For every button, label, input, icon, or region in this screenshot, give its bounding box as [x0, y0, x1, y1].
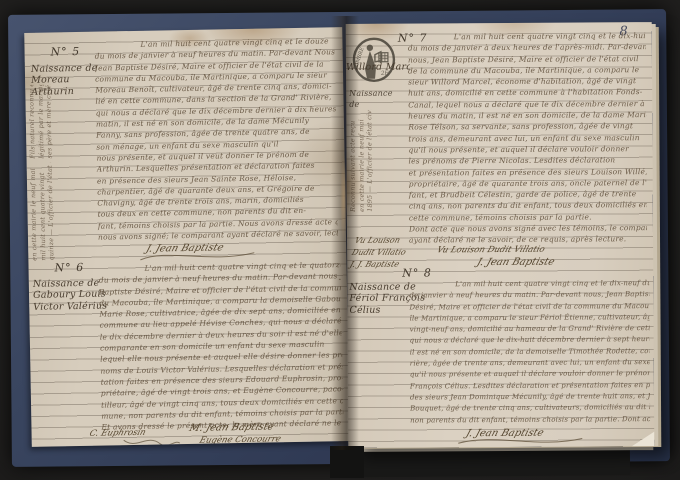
closing-signature-witnesses-entry7: Vu Louison Dudit Villatio — [435, 245, 546, 256]
register-photo: N° 5 Naissance deMoreauArthurin Fils nat… — [0, 0, 680, 480]
handwritten-line: 1895 — L'officier de l'état civil — [365, 110, 374, 212]
act-text-entry5: L'an mil huit cent quatre vingt cinq et … — [94, 35, 338, 243]
margin-signature-louison: Vu Louison — [354, 236, 402, 245]
shadow-under-right-page — [358, 445, 630, 477]
margin-note-entry5-b: en cette mairie le neuf maimil huit cent… — [29, 162, 91, 261]
handwritten-line: de janvier à neuf heures du matin. Par-d… — [409, 289, 649, 302]
margin-note-entry5-a: Fils naturel reconnu etlégitimé par le m… — [27, 84, 88, 159]
right-page: 8 TIMBRE 2F N° 7 Naissancede Willord Mar… — [346, 22, 655, 448]
signature-flourish — [456, 436, 586, 447]
handwritten-line: les prénoms de Pierre Nicolas. Lesdites … — [409, 154, 647, 167]
gutter-bottom-shadow — [330, 446, 364, 478]
handwritten-line: non parents du dit enfant, témoins chois… — [410, 414, 650, 427]
entry-number-8: N° 8 — [402, 266, 432, 279]
margin-signature-villatio: Dudit Villatio — [351, 248, 408, 257]
handwritten-line: du mois de janvier à deux heures de l'ap… — [408, 41, 646, 54]
signature-officer-entry6: M. Jean Baptiste — [188, 421, 275, 434]
handwritten-line: Bouquet, âgé de trente cinq ans, cultiva… — [410, 402, 650, 415]
left-page: N° 5 Naissance deMoreauArthurin Fils nat… — [24, 27, 350, 447]
entry-number-6: N° 6 — [54, 261, 84, 275]
act-text-entry8: L'an mil huit cent quatre vingt cinq et … — [409, 278, 650, 426]
handwritten-line: quinze — L'officier de l'état civil — [46, 162, 56, 260]
entry-number-5: N° 5 — [50, 45, 80, 59]
book-gutter — [331, 16, 359, 450]
handwritten-line: ses père et mère célébré — [44, 84, 54, 158]
page-corner-fold — [625, 427, 654, 448]
act-text-entry7: L'an mil huit cent quatre vingt cinq et … — [408, 30, 647, 246]
handwritten-line: cinq ans, non parents du dit enfant, tou… — [409, 200, 647, 213]
act-text-entry6: L'an mil huit cent quatre vingt cinq et … — [98, 259, 343, 433]
closing-signature-officer-entry7: J. Jean Baptiste — [475, 257, 556, 268]
